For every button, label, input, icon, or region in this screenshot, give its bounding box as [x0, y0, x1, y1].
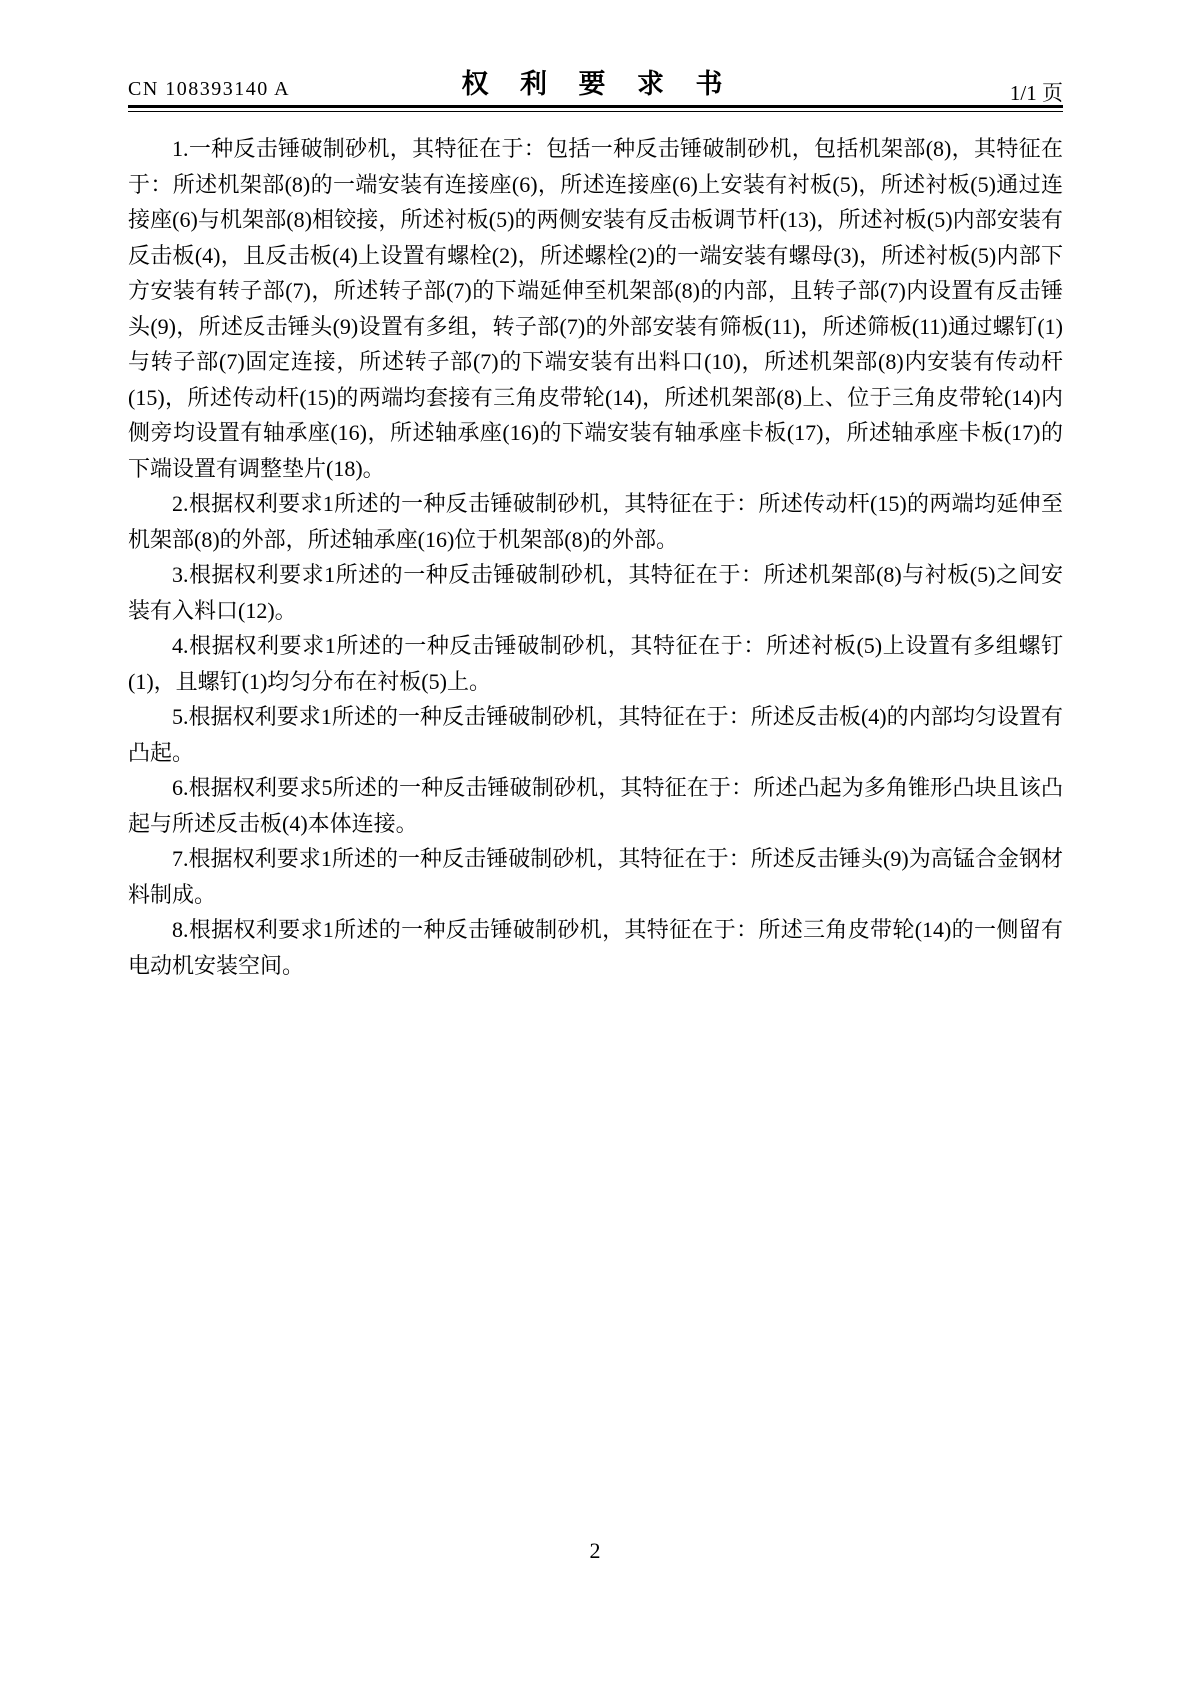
claim-paragraph-6: 6.根据权利要求5所述的一种反击锤破制砂机，其特征在于：所述凸起为多角锥形凸块且…	[128, 770, 1063, 841]
claim-paragraph-3: 3.根据权利要求1所述的一种反击锤破制砂机，其特征在于：所述机架部(8)与衬板(…	[128, 557, 1063, 628]
claim-paragraph-1: 1.一种反击锤破制砂机，其特征在于：包括一种反击锤破制砂机，包括机架部(8)，其…	[128, 131, 1063, 486]
page-number: 2	[0, 1538, 1190, 1564]
claims-body: 1.一种反击锤破制砂机，其特征在于：包括一种反击锤破制砂机，包括机架部(8)，其…	[128, 131, 1063, 983]
claim-paragraph-8: 8.根据权利要求1所述的一种反击锤破制砂机，其特征在于：所述三角皮带轮(14)的…	[128, 912, 1063, 983]
page-indicator: 1/1 页	[1010, 77, 1063, 107]
claim-paragraph-2: 2.根据权利要求1所述的一种反击锤破制砂机，其特征在于：所述传动杆(15)的两端…	[128, 486, 1063, 557]
patent-claims-page: CN 108393140 A 权 利 要 求 书 1/1 页 1.一种反击锤破制…	[0, 0, 1190, 1684]
header-divider-rule	[128, 105, 1063, 112]
claim-paragraph-4: 4.根据权利要求1所述的一种反击锤破制砂机，其特征在于：所述衬板(5)上设置有多…	[128, 628, 1063, 699]
claim-paragraph-7: 7.根据权利要求1所述的一种反击锤破制砂机，其特征在于：所述反击锤头(9)为高锰…	[128, 841, 1063, 912]
claim-paragraph-5: 5.根据权利要求1所述的一种反击锤破制砂机，其特征在于：所述反击板(4)的内部均…	[128, 699, 1063, 770]
